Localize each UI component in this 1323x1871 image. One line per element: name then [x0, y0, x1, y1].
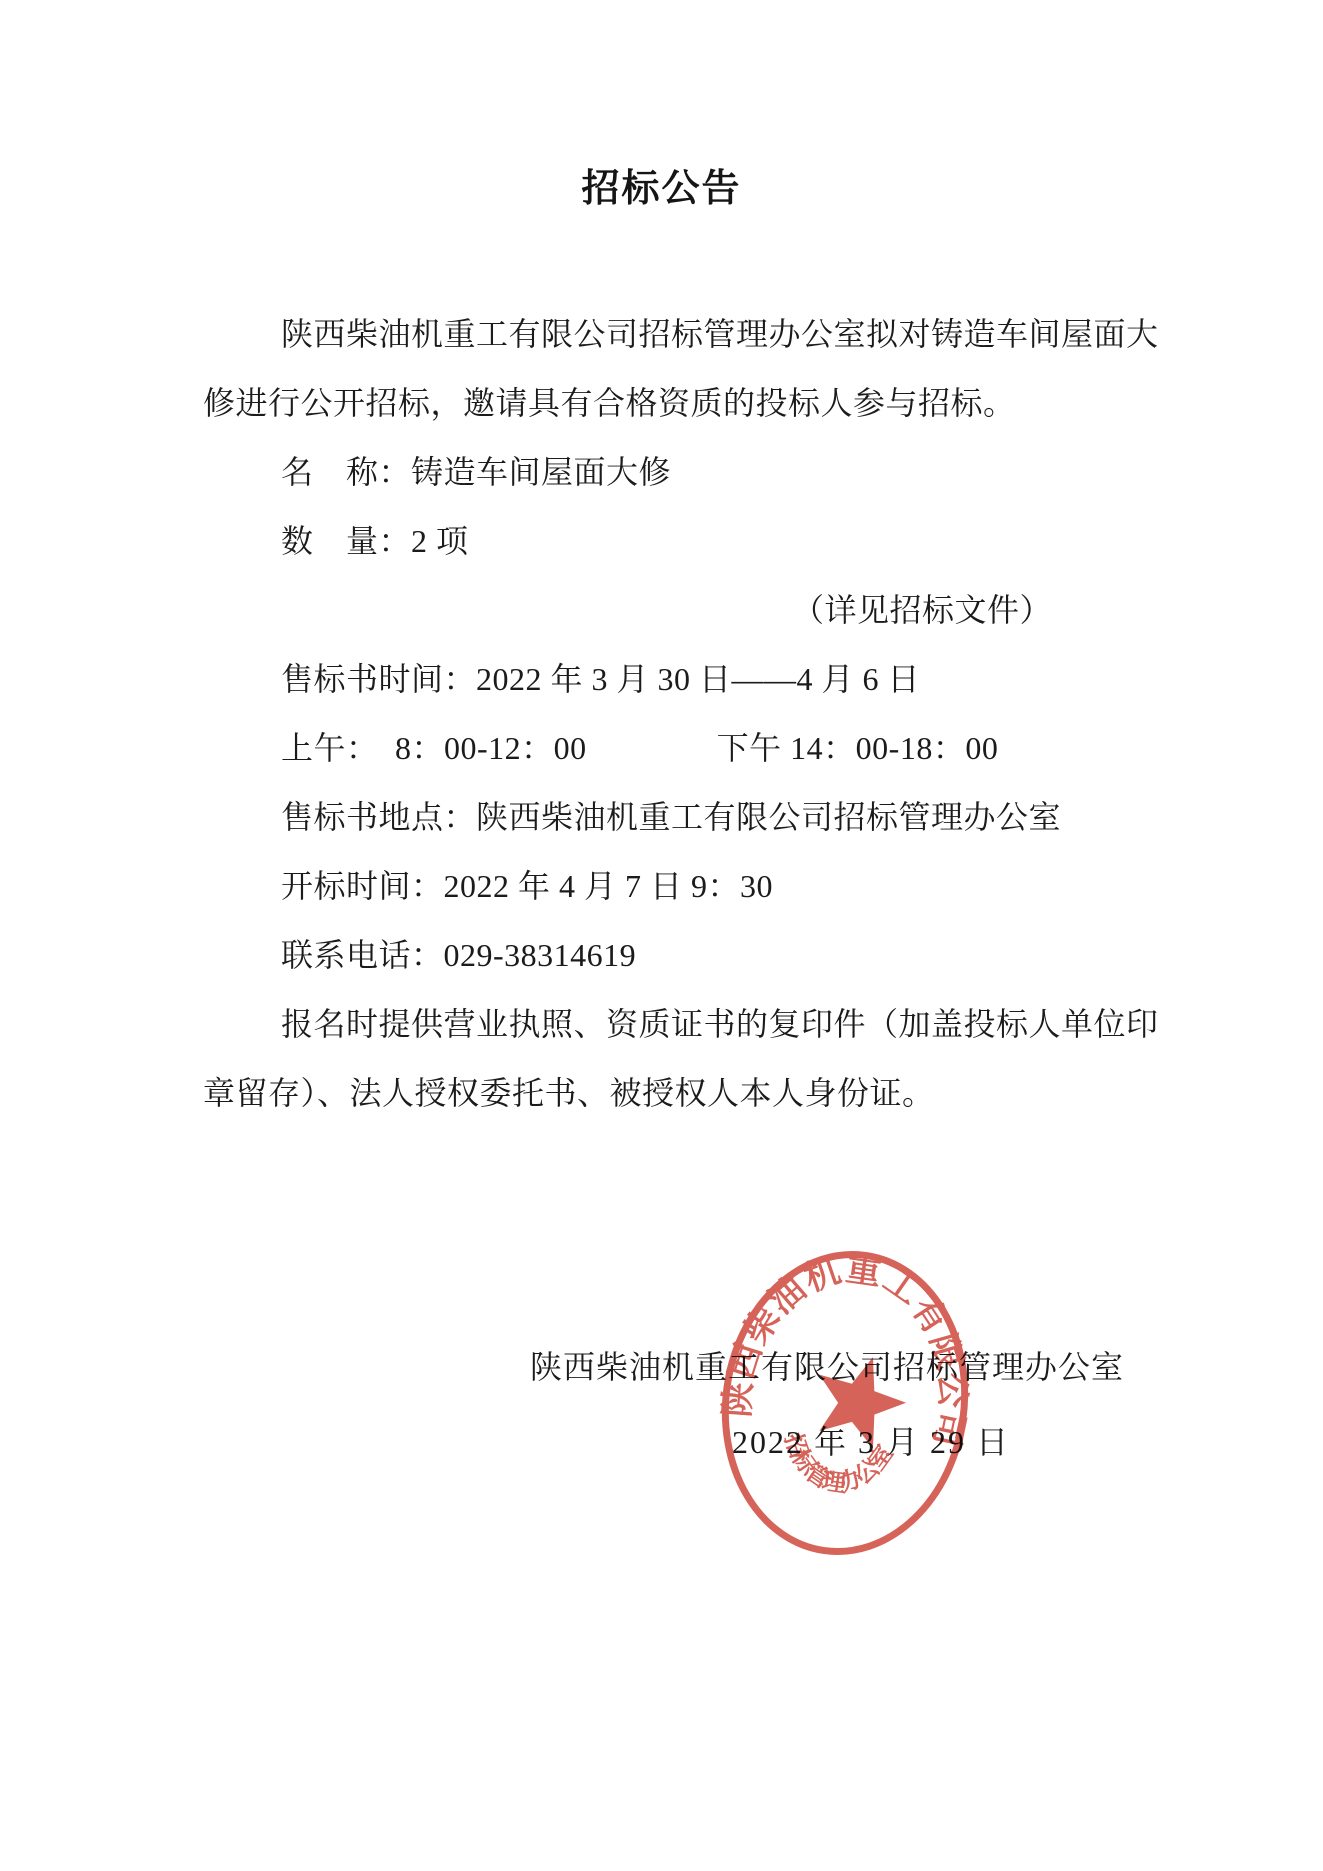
contact-phone-line: 联系电话：029-38314619 — [203, 921, 1163, 990]
seal-ring — [713, 1246, 981, 1564]
tender-announcement-page: 招标公告 陕西柴油机重工有限公司招标管理办公室拟对铸造车间屋面大 修进行公开招标… — [0, 0, 1323, 1871]
registration-req-line-2: 章留存）、法人授权委托书、被授权人本人身份证。 — [203, 1059, 1163, 1128]
paragraph-intro-line-2: 修进行公开招标，邀请具有合格资质的投标人参与招标。 — [203, 369, 1163, 438]
see-tender-docs-note: （详见招标文件） — [203, 576, 1163, 645]
page-title: 招标公告 — [0, 170, 1323, 208]
document-body: 陕西柴油机重工有限公司招标管理办公室拟对铸造车间屋面大 修进行公开招标，邀请具有… — [203, 300, 1163, 1128]
signature-organization: 陕西柴油机重工有限公司招标管理办公室 — [530, 1347, 1124, 1387]
doc-sale-place-line: 售标书地点：陕西柴油机重工有限公司招标管理办公室 — [203, 783, 1163, 852]
bid-opening-time-line: 开标时间：2022 年 4 月 7 日 9：30 — [203, 852, 1163, 921]
official-seal: 陕西柴油机重工有限公司 招标管理办公室 — [713, 1246, 981, 1564]
paragraph-intro-line-1: 陕西柴油机重工有限公司招标管理办公室拟对铸造车间屋面大 — [203, 300, 1163, 369]
quantity-line: 数 量：2 项 — [203, 507, 1163, 576]
business-hours-line: 上午： 8：00-12：00 下午 14：00-18：00 — [203, 714, 1163, 783]
project-name-line: 名 称：铸造车间屋面大修 — [203, 438, 1163, 507]
registration-req-line-1: 报名时提供营业执照、资质证书的复印件（加盖投标人单位印 — [203, 990, 1163, 1059]
doc-sale-time-line: 售标书时间：2022 年 3 月 30 日——4 月 6 日 — [203, 645, 1163, 714]
signature-date: 2022 年 3 月 29 日 — [732, 1422, 1010, 1462]
